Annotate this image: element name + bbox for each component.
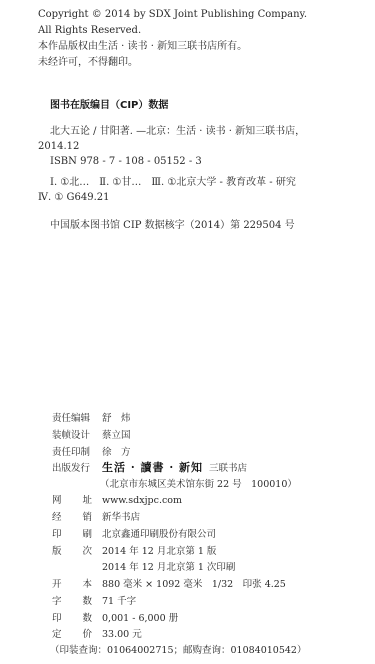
distributor-label: 经销 xyxy=(52,511,92,525)
colophon-row-printing: 2014 年 12 月北京第 1 次印刷 xyxy=(102,558,235,575)
colophon-row-editor: 责任编辑舒 炜 xyxy=(52,409,131,426)
cip-title-line: 北大五论 / 甘阳著. —北京：生活 · 读书 · 新知三联书店， xyxy=(50,125,305,139)
format-value: 880 毫米 × 1092 毫米 1/32 印张 4.25 xyxy=(102,579,286,590)
cip-classification: Ⅳ. ① G649.21 xyxy=(38,191,109,205)
printer-value: 北京鑫通印刷股份有限公司 xyxy=(102,529,216,540)
no-reprint-notice: 未经许可，不得翻印。 xyxy=(38,56,138,70)
colophon-row-distributor: 经销新华书店 xyxy=(52,508,140,525)
editor-label: 责任编辑 xyxy=(52,412,102,426)
wordcount-label: 字数 xyxy=(52,595,92,609)
website-value: www.sdxjpc.com xyxy=(102,495,182,506)
publisher-logo: 生活 · 讀書 · 新知 xyxy=(102,461,203,474)
printing-value: 2014 年 12 月北京第 1 次印刷 xyxy=(102,562,235,573)
price-label: 定价 xyxy=(52,628,92,642)
printrun-label: 印数 xyxy=(52,612,92,626)
website-label: 网址 xyxy=(52,494,92,508)
cip-heading: 图书在版编目（CIP）数据 xyxy=(50,96,168,111)
distributor-value: 新华书店 xyxy=(102,512,140,523)
edition-value: 2014 年 12 月北京第 1 版 xyxy=(102,546,216,557)
editor-value: 舒 炜 xyxy=(102,413,131,424)
colophon-row-publisher: 出版发行生活 · 讀書 · 新知三联书店 xyxy=(52,459,247,476)
printing-supervisor-label: 责任印制 xyxy=(52,446,102,460)
designer-value: 蔡立国 xyxy=(102,430,131,441)
cip-isbn: ISBN 978 - 7 - 108 - 05152 - 3 xyxy=(50,155,202,169)
copyright-line: Copyright © 2014 by SDX Joint Publishing… xyxy=(38,8,307,22)
cip-date: 2014.12 xyxy=(38,140,79,154)
format-label: 开本 xyxy=(52,578,92,592)
printing-supervisor-value: 徐 方 xyxy=(102,447,131,458)
wordcount-value: 71 千字 xyxy=(102,596,136,607)
cip-verification: 中国版本图书馆 CIP 数据核字（2014）第 229504 号 xyxy=(50,219,295,233)
copyright-chinese: 本作品版权由生活 · 读书 · 新知三联书店所有。 xyxy=(38,40,247,54)
inquiry-phones: （印装查询：01064002715；邮购查询：01084010542） xyxy=(50,645,306,656)
colophon-row-price: 定价33.00 元 xyxy=(52,625,142,642)
colophon-row-inquiry: （印装查询：01064002715；邮购查询：01084010542） xyxy=(50,641,306,658)
publisher-value: 三联书店 xyxy=(209,463,247,474)
colophon-row-edition: 版次2014 年 12 月北京第 1 版 xyxy=(52,542,216,559)
printrun-value: 0,001 - 6,000 册 xyxy=(102,613,178,624)
colophon-row-printrun: 印数0,001 - 6,000 册 xyxy=(52,609,178,626)
edition-label: 版次 xyxy=(52,545,92,559)
colophon-row-wordcount: 字数71 千字 xyxy=(52,592,136,609)
printer-label: 印刷 xyxy=(52,528,92,542)
rights-reserved: All Rights Reserved. xyxy=(38,24,141,38)
colophon-row-designer: 装帧设计蔡立国 xyxy=(52,426,131,443)
colophon-row-format: 开本880 毫米 × 1092 毫米 1/32 印张 4.25 xyxy=(52,575,286,592)
colophon-row-website: 网址www.sdxjpc.com xyxy=(52,491,182,508)
colophon-row-address: （北京市东城区美术馆东街 22 号 100010） xyxy=(100,475,297,492)
colophon-row-printer: 印刷北京鑫通印刷股份有限公司 xyxy=(52,525,216,542)
cip-subject-line: Ⅰ. ①北… Ⅱ. ①甘… Ⅲ. ①北京大学 - 教育改革 - 研究 xyxy=(50,176,296,190)
colophon-row-printing-supervisor: 责任印制徐 方 xyxy=(52,443,131,460)
designer-label: 装帧设计 xyxy=(52,429,102,443)
publisher-label: 出版发行 xyxy=(52,462,102,476)
price-value: 33.00 元 xyxy=(102,629,142,640)
publisher-address: （北京市东城区美术馆东街 22 号 100010） xyxy=(100,479,297,490)
